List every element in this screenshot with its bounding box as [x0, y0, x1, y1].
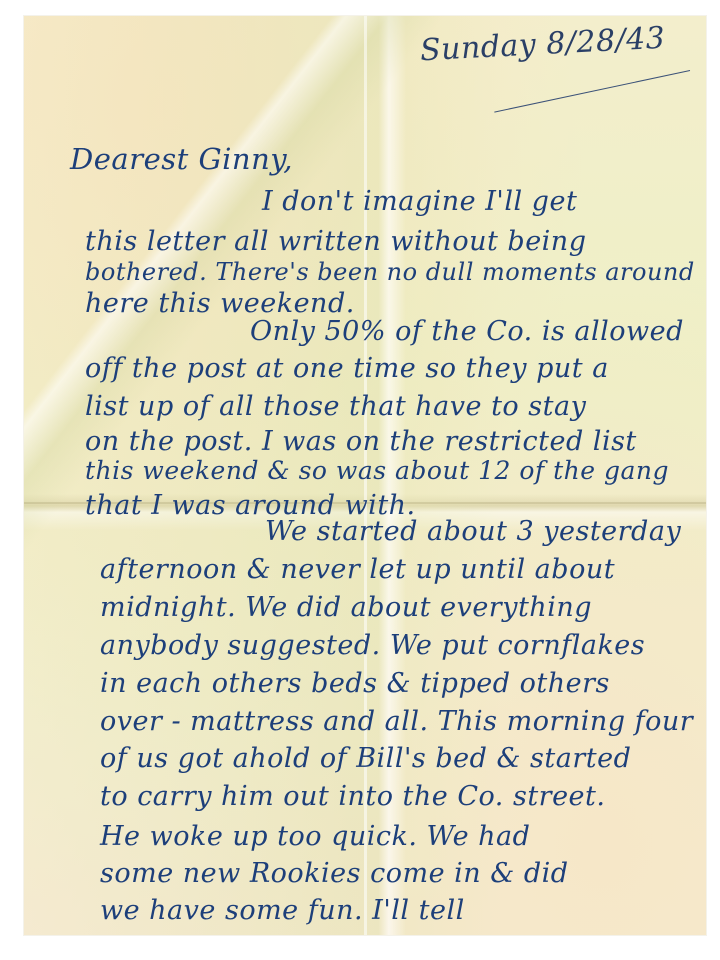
letter-line: that I was around with.	[85, 492, 416, 519]
letter-line: to carry him out into the Co. street.	[100, 783, 605, 810]
letter-line: on the post. I was on the restricted lis…	[85, 428, 637, 455]
letter-line: this weekend & so was about 12 of the ga…	[85, 458, 669, 483]
letter-line: some new Rookies come in & did	[100, 860, 569, 887]
letter-line: in each others beds & tipped others	[100, 670, 610, 697]
letter-line: over - mattress and all. This morning fo…	[100, 708, 693, 735]
letter-line: midnight. We did about everything	[100, 594, 592, 621]
letter-line: this letter all written without being	[85, 228, 586, 255]
letter-line: off the post at one time so they put a	[85, 355, 609, 382]
letter-line: here this weekend.	[85, 290, 355, 317]
letter-line: of us got ahold of Bill's bed & started	[100, 745, 631, 772]
letter-line: I don't imagine I'll get	[262, 188, 577, 215]
letter-salutation: Dearest Ginny,	[70, 145, 293, 174]
letter-line: Only 50% of the Co. is allowed	[250, 318, 684, 345]
letter-line: We started about 3 yesterday	[265, 518, 681, 545]
letter-line: afternoon & never let up until about	[100, 556, 615, 583]
letter-line: anybody suggested. We put cornflakes	[100, 632, 645, 659]
letter-line: list up of all those that have to stay	[85, 393, 586, 420]
letter-line: He woke up too quick. We had	[100, 823, 530, 850]
letter-line: we have some fun. I'll tell	[100, 897, 465, 924]
letter-line: bothered. There's been no dull moments a…	[85, 260, 695, 284]
